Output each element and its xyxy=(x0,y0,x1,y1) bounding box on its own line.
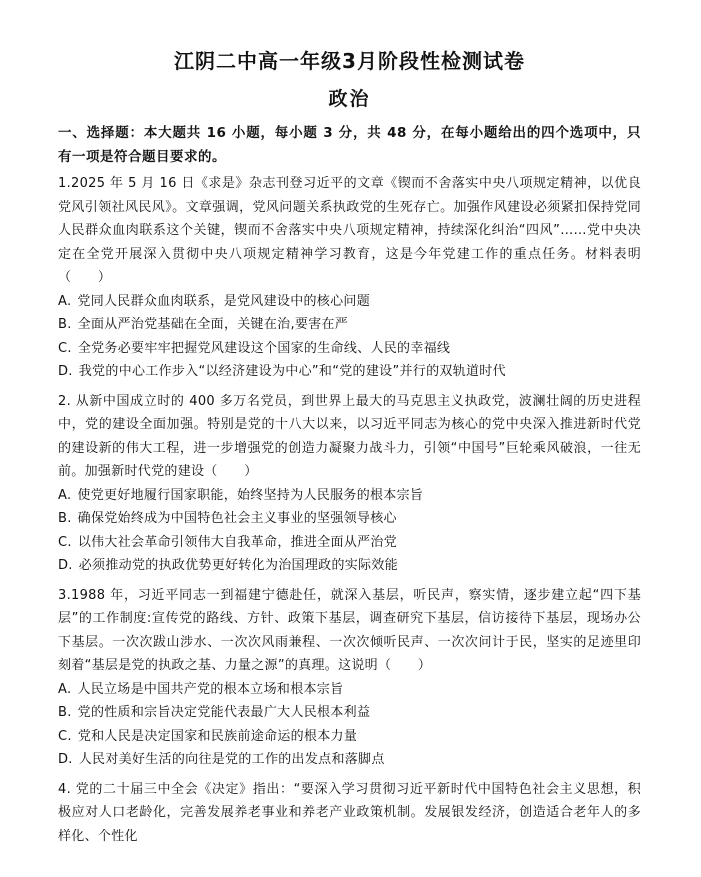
question-1-option-b: B.全面从严治党基础在全面，关键在治,要害在严 xyxy=(58,313,641,337)
section-heading: 一、选择题：本大题共 16 小题，每小题 3 分，共 48 分，在每小题给出的四… xyxy=(58,122,641,169)
option-text: 使党更好地履行国家职能，始终坚持为人民服务的根本宗旨 xyxy=(77,488,423,503)
question-2-option-d: D.必须推动党的执政优势更好转化为治国理政的实际效能 xyxy=(58,554,641,578)
option-label: D. xyxy=(58,364,73,379)
question-1-option-d: D.我党的中心工作步入“以经济建设为中心”和“党的建设”并行的双轨道时代 xyxy=(58,360,641,384)
option-label: A. xyxy=(58,682,71,697)
option-text: 全党务必要牢牢把握党风建设这个国家的生命线、人民的幸福线 xyxy=(78,341,450,356)
question-3-option-a: A.人民立场是中国共产党的根本立场和根本宗旨 xyxy=(58,678,641,702)
option-text: 党的性质和宗旨决定党能代表最广大人民根本利益 xyxy=(78,705,371,720)
option-label: A. xyxy=(58,294,71,309)
question-2-stem: 2. 从新中国成立时的 400 多万名党员，到世界上最大的马克思主义执政党，波澜… xyxy=(58,390,641,484)
question-2: 2. 从新中国成立时的 400 多万名党员，到世界上最大的马克思主义执政党，波澜… xyxy=(58,390,641,578)
option-text: 我党的中心工作步入“以经济建设为中心”和“党的建设”并行的双轨道时代 xyxy=(79,364,506,379)
question-3-options: A.人民立场是中国共产党的根本立场和根本宗旨 B.党的性质和宗旨决定党能代表最广… xyxy=(58,678,641,772)
question-2-option-a: A.使党更好地履行国家职能，始终坚持为人民服务的根本宗旨 xyxy=(58,484,641,508)
question-1-options: A.党同人民群众血肉联系，是党风建设中的核心问题 B.全面从严治党基础在全面，关… xyxy=(58,290,641,384)
question-2-options: A.使党更好地履行国家职能，始终坚持为人民服务的根本宗旨 B.确保党始终成为中国… xyxy=(58,484,641,578)
question-2-option-c: C.以伟大社会革命引领伟大自我革命，推进全面从严治党 xyxy=(58,531,641,555)
question-1-option-a: A.党同人民群众血肉联系，是党风建设中的核心问题 xyxy=(58,290,641,314)
question-3-option-d: D.人民对美好生活的向往是党的工作的出发点和落脚点 xyxy=(58,748,641,772)
option-text: 人民对美好生活的向往是党的工作的出发点和落脚点 xyxy=(79,752,385,767)
option-text: 以伟大社会革命引领伟大自我革命，推进全面从严治党 xyxy=(78,535,397,550)
option-label: A. xyxy=(58,488,71,503)
question-4: 4. 党的二十届三中全会《决定》指出：“要深入学习贯彻习近平新时代中国特色社会主… xyxy=(58,778,641,849)
option-label: B. xyxy=(58,705,72,720)
option-text: 人民立场是中国共产党的根本立场和根本宗旨 xyxy=(77,682,343,697)
option-label: B. xyxy=(58,317,72,332)
subject-title: 政治 xyxy=(58,86,641,112)
option-text: 必须推动党的执政优势更好转化为治国理政的实际效能 xyxy=(79,558,398,573)
question-1-stem: 1.2025 年 5 月 16 日《求是》杂志刊登习近平的文章《锲而不舍落实中央… xyxy=(58,172,641,290)
question-1: 1.2025 年 5 月 16 日《求是》杂志刊登习近平的文章《锲而不舍落实中央… xyxy=(58,172,641,384)
option-label: C. xyxy=(58,729,72,744)
question-3: 3.1988 年，习近平同志一到福建宁德赴任，就深入基层，听民声，察实情，逐步建… xyxy=(58,584,641,772)
option-label: B. xyxy=(58,511,72,526)
option-text: 党和人民是决定国家和民族前途命运的根本力量 xyxy=(78,729,357,744)
question-3-option-b: B.党的性质和宗旨决定党能代表最广大人民根本利益 xyxy=(58,701,641,725)
option-text: 全面从严治党基础在全面，关键在治,要害在严 xyxy=(78,317,348,332)
option-label: D. xyxy=(58,752,73,767)
question-3-stem: 3.1988 年，习近平同志一到福建宁德赴任，就深入基层，听民声，察实情，逐步建… xyxy=(58,584,641,678)
option-label: C. xyxy=(58,535,72,550)
option-label: C. xyxy=(58,341,72,356)
option-text: 确保党始终成为中国特色社会主义事业的坚强领导核心 xyxy=(78,511,397,526)
question-2-option-b: B.确保党始终成为中国特色社会主义事业的坚强领导核心 xyxy=(58,507,641,531)
exam-paper-page: 江阴二中高一年级3月阶段性检测试卷 政治 一、选择题：本大题共 16 小题，每小… xyxy=(0,0,701,877)
option-text: 党同人民群众血肉联系，是党风建设中的核心问题 xyxy=(77,294,370,309)
option-label: D. xyxy=(58,558,73,573)
question-4-stem: 4. 党的二十届三中全会《决定》指出：“要深入学习贯彻习近平新时代中国特色社会主… xyxy=(58,778,641,849)
question-3-option-c: C.党和人民是决定国家和民族前途命运的根本力量 xyxy=(58,725,641,749)
question-1-option-c: C.全党务必要牢牢把握党风建设这个国家的生命线、人民的幸福线 xyxy=(58,337,641,361)
page-title: 江阴二中高一年级3月阶段性检测试卷 xyxy=(58,48,641,74)
